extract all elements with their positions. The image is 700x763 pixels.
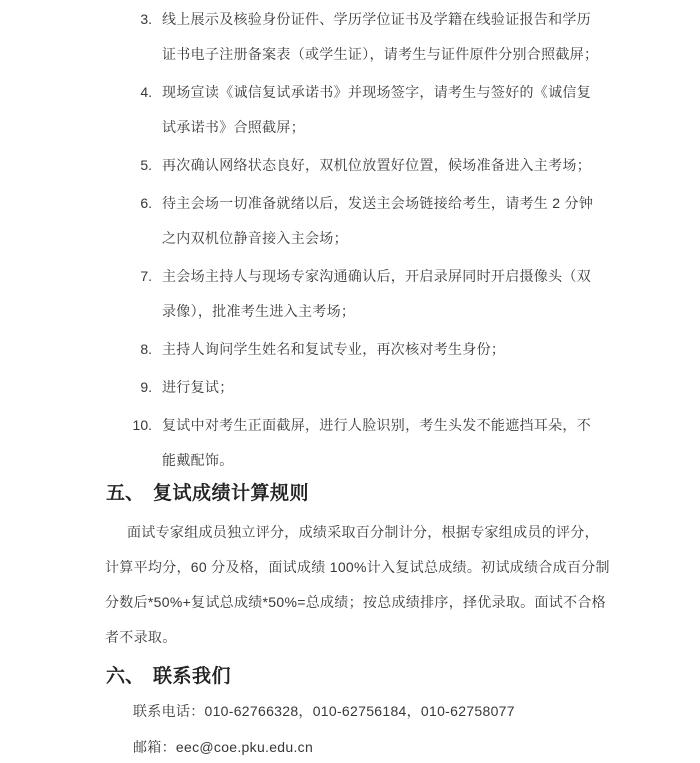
list-item-line: 待主会场一切准备就绪以后，发送主会场链接给考生，请考生 2 分钟: [162, 186, 700, 221]
paragraph-line: 者不录取。: [105, 620, 615, 655]
list-item-number: 10.: [0, 408, 152, 443]
phone-label: 联系电话：: [133, 703, 205, 719]
list-item-6: 6. 待主会场一切准备就绪以后，发送主会场链接给考生，请考生 2 分钟 之内双机…: [0, 186, 700, 256]
heading-title: 联系我们: [153, 666, 231, 687]
list-item-number: 7.: [0, 259, 152, 294]
list-item-line: 证书电子注册备案表（或学生证），请考生与证件原件分别合照截屏；: [162, 37, 700, 72]
list-item-number: 4.: [0, 75, 152, 110]
list-item-7: 7. 主会场主持人与现场专家沟通确认后，开启录屏同时开启摄像头（双 录像），批准…: [0, 259, 700, 329]
list-item-number: 6.: [0, 186, 152, 221]
list-item-number: 8.: [0, 332, 152, 367]
list-item-3: 3. 线上展示及核验身份证件、学历学位证书及学籍在线验证报告和学历 证书电子注册…: [0, 2, 700, 72]
list-item-10: 10. 复试中对考生正面截屏，进行人脸识别，考生头发不能遮挡耳朵，不 能戴配饰。: [0, 408, 700, 478]
section-five-heading: 五、 复试成绩计算规则: [0, 480, 309, 508]
contact-phone-line: 联系电话：010-62766328，010-62756184，010-62758…: [133, 701, 515, 721]
document-page: 3. 线上展示及核验身份证件、学历学位证书及学籍在线验证报告和学历 证书电子注册…: [0, 0, 700, 763]
list-item-line: 再次确认网络状态良好，双机位放置好位置，候场准备进入主考场；: [162, 148, 700, 183]
list-item-number: 9.: [0, 370, 152, 405]
paragraph-line: 计算平均分，60 分及格，面试成绩 100%计入复试总成绩。初试成绩合成百分制: [105, 550, 615, 585]
list-item-9: 9. 进行复试；: [0, 370, 700, 405]
list-item-line: 进行复试；: [162, 370, 700, 405]
list-item-line: 试承诺书》合照截屏；: [162, 110, 700, 145]
list-item-number: 5.: [0, 148, 152, 183]
phone-numbers: 010-62766328，010-62756184，010-62758077: [205, 703, 515, 719]
list-item-8: 8. 主持人询问学生姓名和复试专业，再次核对考生身份；: [0, 332, 700, 367]
heading-number: 五、: [106, 480, 144, 508]
list-item-5: 5. 再次确认网络状态良好，双机位放置好位置，候场准备进入主考场；: [0, 148, 700, 183]
email-address: eec@coe.pku.edu.cn: [176, 739, 313, 755]
list-item-line: 复试中对考生正面截屏，进行人脸识别，考生头发不能遮挡耳朵，不: [162, 408, 700, 443]
contact-email-line: 邮箱：eec@coe.pku.edu.cn: [133, 737, 313, 757]
paragraph-line: 分数后*50%+复试总成绩*50%=总成绩；按总成绩排序，择优录取。面试不合格: [105, 585, 615, 620]
list-item-line: 录像），批准考生进入主考场；: [162, 294, 700, 329]
list-item-line: 线上展示及核验身份证件、学历学位证书及学籍在线验证报告和学历: [162, 2, 700, 37]
list-item-line: 主持人询问学生姓名和复试专业，再次核对考生身份；: [162, 332, 700, 367]
list-item-line: 主会场主持人与现场专家沟通确认后，开启录屏同时开启摄像头（双: [162, 259, 700, 294]
heading-number: 六、: [106, 663, 144, 691]
section-six-heading: 六、 联系我们: [0, 663, 231, 691]
paragraph-line: 面试专家组成员独立评分，成绩采取百分制计分，根据专家组成员的评分，: [105, 515, 615, 550]
list-item-number: 3.: [0, 2, 152, 37]
list-item-line: 能戴配饰。: [162, 443, 700, 478]
list-item-line: 之内双机位静音接入主会场；: [162, 221, 700, 256]
procedure-list: 3. 线上展示及核验身份证件、学历学位证书及学籍在线验证报告和学历 证书电子注册…: [0, 2, 700, 481]
heading-title: 复试成绩计算规则: [153, 483, 309, 504]
list-item-4: 4. 现场宣读《诚信复试承诺书》并现场签字，请考生与签好的《诚信复 试承诺书》合…: [0, 75, 700, 145]
list-item-line: 现场宣读《诚信复试承诺书》并现场签字，请考生与签好的《诚信复: [162, 75, 700, 110]
score-rule-paragraph: 面试专家组成员独立评分，成绩采取百分制计分，根据专家组成员的评分， 计算平均分，…: [105, 515, 615, 655]
email-label: 邮箱：: [133, 739, 176, 755]
